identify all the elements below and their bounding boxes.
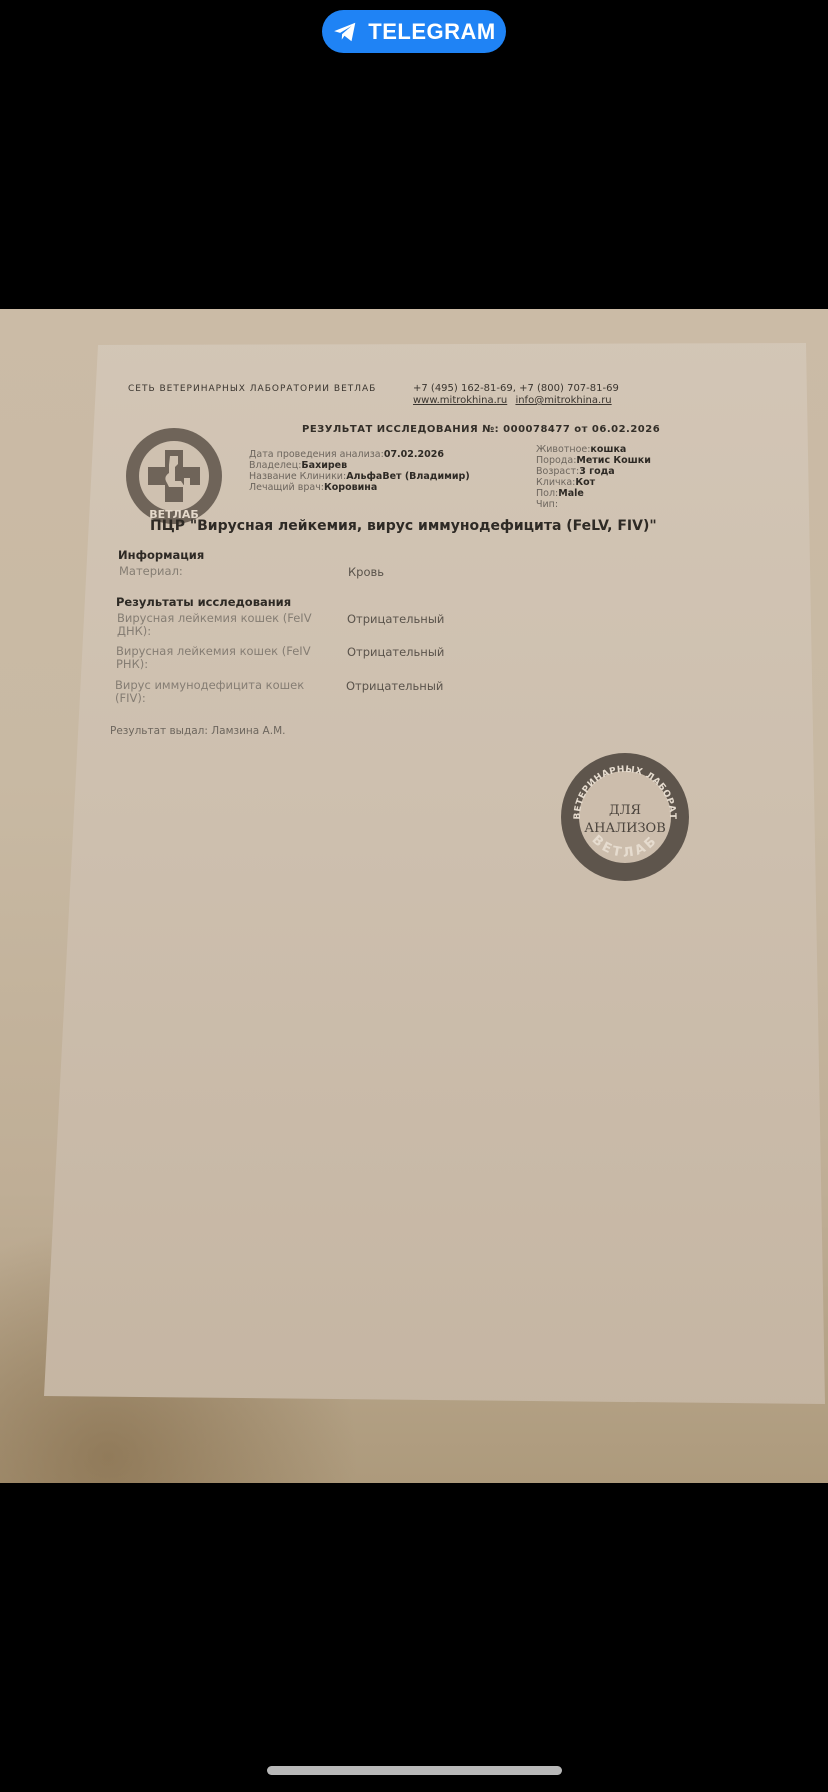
results-section-heading: Результаты исследования: [116, 595, 291, 609]
telegram-badge-label: TELEGRAM: [368, 19, 495, 45]
info-section-heading: Информация: [118, 548, 204, 562]
issued-by: Результат выдал: Ламзина А.М.: [110, 725, 285, 737]
lab-website-link[interactable]: www.mitrokhina.ru: [413, 395, 507, 406]
lab-result-document: СЕТЬ ВЕТЕРИНАРНЫХ ЛАБОРАТОРИИ ВЕТЛАБ +7 …: [0, 309, 828, 1483]
detail-row: Пол:Male: [536, 488, 651, 499]
detail-row: Владелец:Бахирев: [249, 460, 470, 471]
telegram-paper-plane-icon: [332, 19, 358, 45]
material-value: Кровь: [348, 565, 384, 579]
result-value-fiv: Отрицательный: [346, 679, 443, 693]
detail-row: Название Клиники:АльфаВет (Владимир): [249, 471, 470, 482]
svg-text:АНАЛИЗОВ: АНАЛИЗОВ: [584, 821, 666, 836]
visit-details: Дата проведения анализа:07.02.2026 Владе…: [249, 449, 470, 493]
result-label-felv-dna: Вирусная лейкемия кошек (FeIV ДНК):: [117, 612, 327, 638]
document-photo[interactable]: СЕТЬ ВЕТЕРИНАРНЫХ ЛАБОРАТОРИИ ВЕТЛАБ +7 …: [0, 309, 828, 1483]
detail-row: Лечащий врач:Коровина: [249, 482, 470, 493]
test-title: ПЦР "Вирусная лейкемия, вирус иммунодефи…: [150, 518, 657, 534]
result-number: РЕЗУЛЬТАТ ИССЛЕДОВАНИЯ №: 000078477 от 0…: [302, 424, 660, 435]
vetlab-logo-icon: ВЕТЛАБ: [124, 426, 224, 526]
material-label: Материал:: [119, 565, 329, 578]
lab-stamp-icon: СЕТЬ ВЕТЕРИНАРНЫХ ЛАБОРАТОРИЙ ВЕТЛАБ ДЛЯ…: [558, 750, 692, 884]
detail-row: Кличка:Кот: [536, 477, 651, 488]
result-value-felv-dna: Отрицательный: [347, 612, 444, 626]
lab-phones: +7 (495) 162-81-69, +7 (800) 707-81-69: [413, 383, 619, 394]
svg-text:ДЛЯ: ДЛЯ: [609, 803, 641, 818]
detail-row: Дата проведения анализа:07.02.2026: [249, 449, 470, 460]
lab-links: www.mitrokhina.ru info@mitrokhina.ru: [413, 395, 617, 406]
detail-row: Чип:: [536, 499, 651, 510]
detail-row: Порода:Метис Кошки: [536, 455, 651, 466]
home-indicator[interactable]: [267, 1766, 562, 1775]
animal-details: Животное:кошка Порода:Метис Кошки Возрас…: [536, 444, 651, 510]
detail-row: Возраст:3 года: [536, 466, 651, 477]
telegram-source-badge[interactable]: TELEGRAM: [322, 10, 506, 53]
lab-email-link[interactable]: info@mitrokhina.ru: [515, 395, 611, 406]
result-label-fiv: Вирус иммунодефицита кошек (FIV):: [115, 679, 320, 705]
result-label-felv-rna: Вирусная лейкемия кошек (FeIV РНК):: [116, 645, 326, 671]
lab-network-name: СЕТЬ ВЕТЕРИНАРНЫХ ЛАБОРАТОРИИ ВЕТЛАБ: [128, 384, 376, 394]
detail-row: Животное:кошка: [536, 444, 651, 455]
result-value-felv-rna: Отрицательный: [347, 645, 444, 659]
